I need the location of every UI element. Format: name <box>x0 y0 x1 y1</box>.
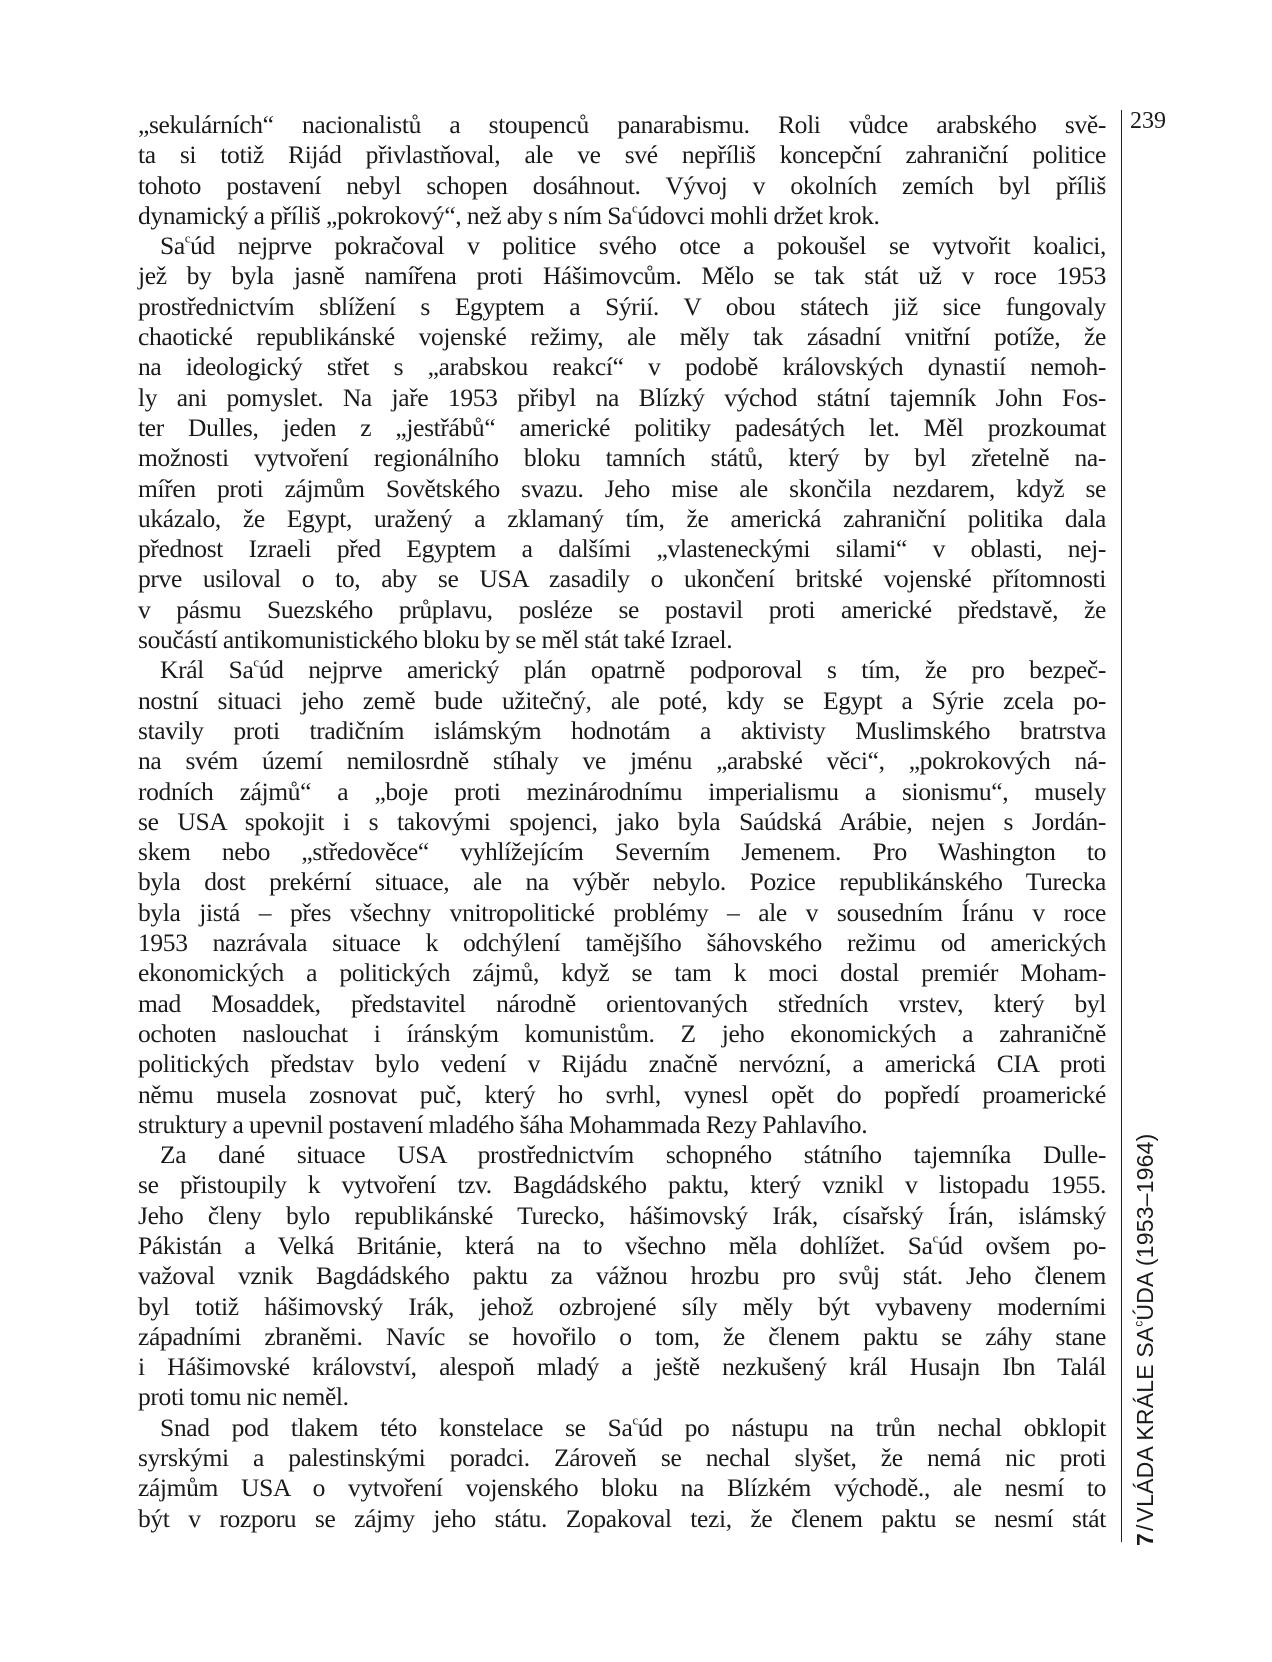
text-line: se USA spokojit i s takovými spojenci, j… <box>138 807 1106 837</box>
chapter-number: 7 <box>1132 1533 1158 1546</box>
text-line: ly ani pomyslet. Na jaře 1953 přibyl na … <box>138 383 1106 413</box>
ayn-superscript: c <box>253 656 258 670</box>
text-line: chaotické republikánské vojenské režimy,… <box>138 322 1106 352</box>
ayn-superscript: c <box>933 1232 938 1246</box>
text-line: se přistoupily k vytvoření tzv. Bagdádsk… <box>138 1170 1106 1200</box>
text-line: stavily proti tradičním islámským hodnot… <box>138 716 1106 746</box>
text-line: prve usiloval o to, aby se USA zasadily … <box>138 564 1106 594</box>
text-line: Sacúd nejprve pokračoval v politice svéh… <box>138 231 1106 261</box>
text-line: važoval vznik Bagdádského paktu za vážno… <box>138 1261 1106 1291</box>
paragraph: Sacúd nejprve pokračoval v politice svéh… <box>138 231 1106 655</box>
text-line: Snad pod tlakem této konstelace se Sacúd… <box>138 1413 1106 1443</box>
body-text: „sekulárních“ nacionalistů a stoupenců p… <box>138 110 1106 1534</box>
running-head-separator: / <box>1132 1524 1158 1531</box>
text-line: mad Mosaddek, představitel národně orien… <box>138 989 1106 1019</box>
ayn-superscript: c <box>632 201 637 215</box>
text-line: tohoto postavení nebyl schopen dosáhnout… <box>138 171 1106 201</box>
text-line: němu musela zosnovat puč, který ho svrhl… <box>138 1080 1106 1110</box>
text-line: Za dané situace USA prostřednictvím scho… <box>138 1140 1106 1170</box>
margin-rule <box>1121 110 1122 1542</box>
page-number: 239 <box>1130 108 1166 134</box>
text-line: západními zbraněmi. Navíc se hovořilo o … <box>138 1322 1106 1352</box>
text-line: politických představ bylo vedení v Rijád… <box>138 1049 1106 1079</box>
text-line: syrskými a palestinskými poradci. Zárove… <box>138 1443 1106 1473</box>
text-line: ekonomických a politických zájmů, když s… <box>138 958 1106 988</box>
running-head-title-part1: VLÁDA KRÁLE SA <box>1132 1327 1158 1523</box>
text-line: 1953 nazrávala situace k odchýlení taměj… <box>138 928 1106 958</box>
paragraph: Za dané situace USA prostřednictvím scho… <box>138 1140 1106 1413</box>
text-line: skem nebo „středověce“ vyhlížejícím Seve… <box>138 837 1106 867</box>
text-line: byl totiž hášimovský Irák, jehož ozbroje… <box>138 1292 1106 1322</box>
text-line: Král Sacúd nejprve americký plán opatrně… <box>138 655 1106 685</box>
text-line: ta si totiž Rijád přivlastňoval, ale ve … <box>138 140 1106 170</box>
text-line: v pásmu Suezského průplavu, posléze se p… <box>138 595 1106 625</box>
text-line: Pákistán a Velká Británie, která na to v… <box>138 1231 1106 1261</box>
ayn-superscript: c <box>185 232 190 246</box>
text-line: součástí antikomunistického bloku by se … <box>138 625 1106 655</box>
text-line: na svém území nemilosrdně stíhaly ve jmé… <box>138 746 1106 776</box>
book-page: „sekulárních“ nacionalistů a stoupenců p… <box>0 0 1272 1662</box>
text-line: přednost Izraeli před Egyptem a dalšími … <box>138 534 1106 564</box>
ayn-superscript: c <box>1134 1321 1146 1327</box>
running-head: 7/VLÁDA KRÁLE SAcÚDA (1953–1964) <box>1132 1133 1158 1546</box>
text-line: i Hášimovské království, alespoň mladý a… <box>138 1352 1106 1382</box>
text-line: rodních zájmů“ a „boje proti mezinárodní… <box>138 777 1106 807</box>
paragraph: Král Sacúd nejprve americký plán opatrně… <box>138 655 1106 1140</box>
text-line: na ideologický střet s „arabskou reakcí“… <box>138 352 1106 382</box>
text-line: možnosti vytvoření regionálního bloku ta… <box>138 443 1106 473</box>
text-line: prostřednictvím sblížení s Egyptem a Sýr… <box>138 292 1106 322</box>
text-line: byla dost prekérní situace, ale na výběr… <box>138 867 1106 897</box>
text-line: zájmům USA o vytvoření vojenského bloku … <box>138 1473 1106 1503</box>
text-line: být v rozporu se zájmy jeho státu. Zopak… <box>138 1504 1106 1534</box>
running-head-title-part2: ÚDA (1953–1964) <box>1132 1133 1158 1320</box>
text-line: ochoten naslouchat i íránským komunistům… <box>138 1019 1106 1049</box>
paragraph: Snad pod tlakem této konstelace se Sacúd… <box>138 1413 1106 1534</box>
text-line: dynamický a příliš „pokrokový“, než aby … <box>138 201 1106 231</box>
text-line: byla jistá – přes všechny vnitropolitick… <box>138 898 1106 928</box>
text-line: nostní situaci jeho země bude užitečný, … <box>138 686 1106 716</box>
text-line: mířen proti zájmům Sovětského svazu. Jeh… <box>138 474 1106 504</box>
text-line: Jeho členy bylo republikánské Turecko, h… <box>138 1201 1106 1231</box>
paragraph: „sekulárních“ nacionalistů a stoupenců p… <box>138 110 1106 231</box>
ayn-superscript: c <box>632 1413 637 1427</box>
text-line: „sekulárních“ nacionalistů a stoupenců p… <box>138 110 1106 140</box>
text-line: ukázalo, že Egypt, uražený a zklamaný tí… <box>138 504 1106 534</box>
text-line: ter Dulles, jeden z „jestřábů“ americké … <box>138 413 1106 443</box>
text-line: struktury a upevnil postavení mladého šá… <box>138 1110 1106 1140</box>
text-line: jež by byla jasně namířena proti Hášimov… <box>138 261 1106 291</box>
text-line: proti tomu nic neměl. <box>138 1382 1106 1412</box>
